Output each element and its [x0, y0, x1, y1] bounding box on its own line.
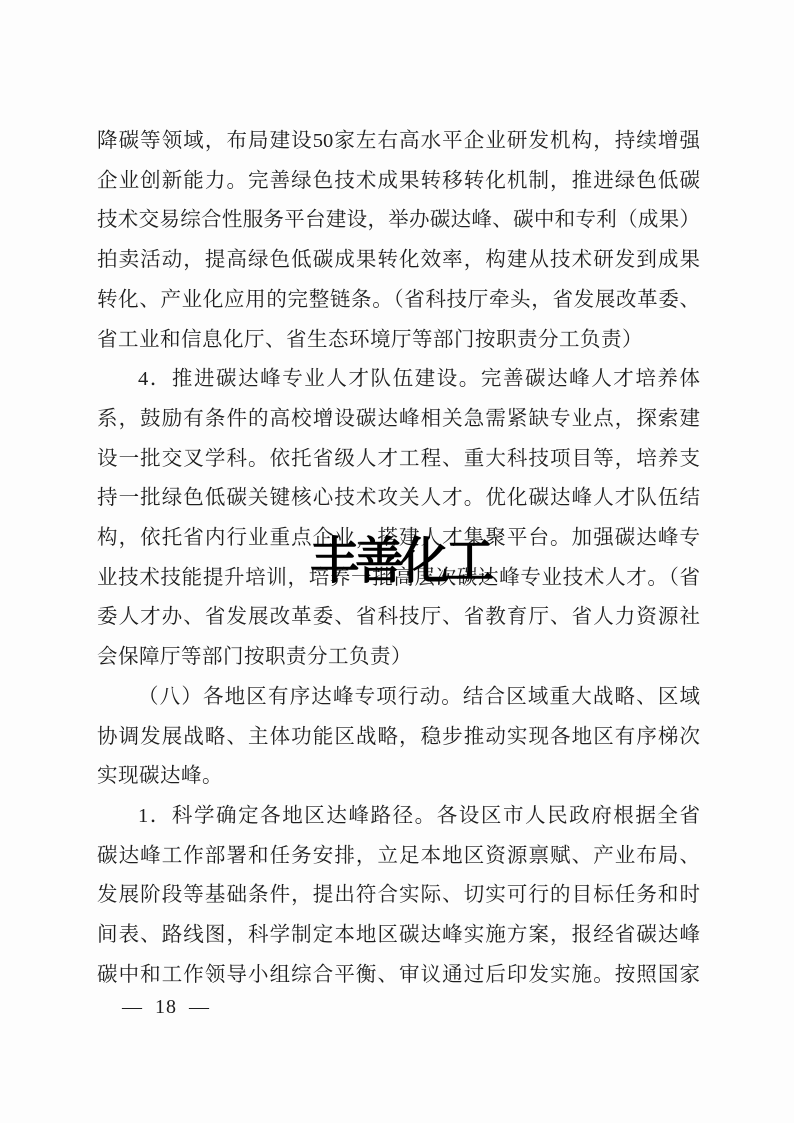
document-page: 降碳等领域，布局建设50家左右高水平企业研发机构，持续增强 企业创新能力。完善绿… — [0, 0, 794, 1123]
text-line: 委人才办、省发展改革委、省科技厅、省教育厅、省人力资源社 — [97, 598, 700, 638]
page-number: — 18 — — [122, 996, 210, 1019]
text-line: 转化、产业化应用的完整链条。（省科技厅牵头，省发展改革委、 — [97, 281, 700, 321]
text-line: 间表、路线图，科学制定本地区碳达峰实施方案，报经省碳达峰 — [97, 916, 700, 956]
text-line: 技术交易综合性服务平台建设，举办碳达峰、碳中和专利（成果） — [97, 201, 700, 241]
text-line: 协调发展战略、主体功能区战略，稳步推动实现各地区有序梯次 — [97, 718, 700, 758]
text-line: 拍卖活动，提高绿色低碳成果转化效率，构建从技术研发到成果 — [97, 241, 700, 281]
watermark-text: 丰善化工 — [310, 536, 490, 586]
text-line: 1．科学确定各地区达峰路径。各设区市人民政府根据全省 — [97, 797, 700, 837]
text-line: 系，鼓励有条件的高校增设碳达峰相关急需紧缺专业点，探索建 — [97, 400, 700, 440]
text-line: 省工业和信息化厅、省生态环境厅等部门按职责分工负责） — [97, 321, 700, 361]
text-line: 发展阶段等基础条件，提出符合实际、切实可行的目标任务和时 — [97, 876, 700, 916]
text-line: 4．推进碳达峰专业人才队伍建设。完善碳达峰人才培养体 — [97, 360, 700, 400]
text-line: 碳达峰工作部署和任务安排，立足本地区资源禀赋、产业布局、 — [97, 837, 700, 877]
text-line: 设一批交叉学科。依托省级人才工程、重大科技项目等，培养支 — [97, 440, 700, 480]
text-line: 持一批绿色低碳关键核心技术攻关人才。优化碳达峰人才队伍结 — [97, 479, 700, 519]
text-line: 会保障厅等部门按职责分工负责） — [97, 638, 700, 678]
text-line: 企业创新能力。完善绿色技术成果转移转化机制，推进绿色低碳 — [97, 162, 700, 202]
text-line: （八）各地区有序达峰专项行动。结合区域重大战略、区域 — [97, 678, 700, 718]
text-line: 实现碳达峰。 — [97, 757, 700, 797]
text-line: 降碳等领域，布局建设50家左右高水平企业研发机构，持续增强 — [97, 122, 700, 162]
text-line: 碳中和工作领导小组综合平衡、审议通过后印发实施。按照国家 — [97, 956, 700, 996]
